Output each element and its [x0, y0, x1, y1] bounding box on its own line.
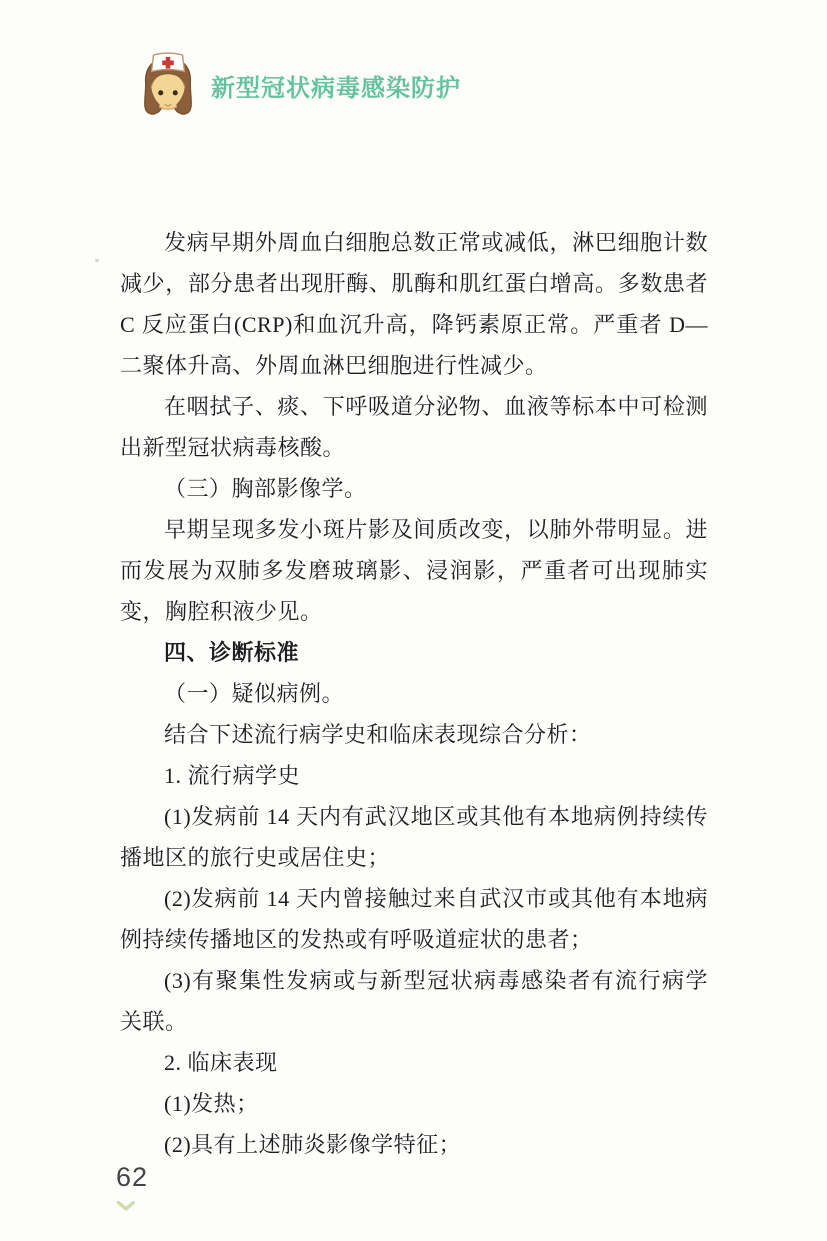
scan-speck: [95, 259, 99, 262]
list-item-epi-3: (3)有聚集性发病或与新型冠状病毒感染者有流行病学关联。: [120, 960, 708, 1042]
page-body: 发病早期外周血白细胞总数正常或减低，淋巴细胞计数减少，部分患者出现肝酶、肌酶和肌…: [120, 222, 708, 1165]
section-heading-diagnostic-criteria: 四、诊断标准: [120, 632, 708, 673]
paragraph-nucleic-acid: 在咽拭子、痰、下呼吸道分泌物、血液等标本中可检测出新型冠状病毒核酸。: [120, 386, 708, 468]
paragraph-combined-analysis: 结合下述流行病学史和临床表现综合分析：: [120, 714, 708, 755]
subheading-chest-imaging: （三）胸部影像学。: [120, 468, 708, 509]
page-header: 新型冠状病毒感染防护: [137, 50, 461, 124]
list-title-epidemiology: 1. 流行病学史: [120, 755, 708, 796]
page-number: 62: [116, 1162, 148, 1193]
list-title-clinical: 2. 临床表现: [120, 1042, 708, 1083]
chevron-down-icon: [117, 1201, 135, 1212]
book-page: 新型冠状病毒感染防护 发病早期外周血白细胞总数正常或减低，淋巴细胞计数减少，部分…: [0, 0, 827, 1241]
book-title: 新型冠状病毒感染防护: [211, 68, 461, 103]
list-item-epi-2: (2)发病前 14 天内曾接触过来自武汉市或其他有本地病例持续传播地区的发热或有…: [120, 878, 708, 960]
list-item-clinical-1: (1)发热；: [120, 1083, 708, 1124]
list-item-epi-1: (1)发病前 14 天内有武汉地区或其他有本地病例持续传播地区的旅行史或居住史；: [120, 796, 708, 878]
subheading-suspected-case: （一）疑似病例。: [120, 673, 708, 714]
paragraph-lab-findings: 发病早期外周血白细胞总数正常或减低，淋巴细胞计数减少，部分患者出现肝酶、肌酶和肌…: [120, 222, 708, 386]
list-item-clinical-2: (2)具有上述肺炎影像学特征；: [120, 1124, 708, 1165]
nurse-icon: [137, 50, 199, 124]
paragraph-imaging-findings: 早期呈现多发小斑片影及间质改变，以肺外带明显。进而发展为双肺多发磨玻璃影、浸润影…: [120, 509, 708, 632]
